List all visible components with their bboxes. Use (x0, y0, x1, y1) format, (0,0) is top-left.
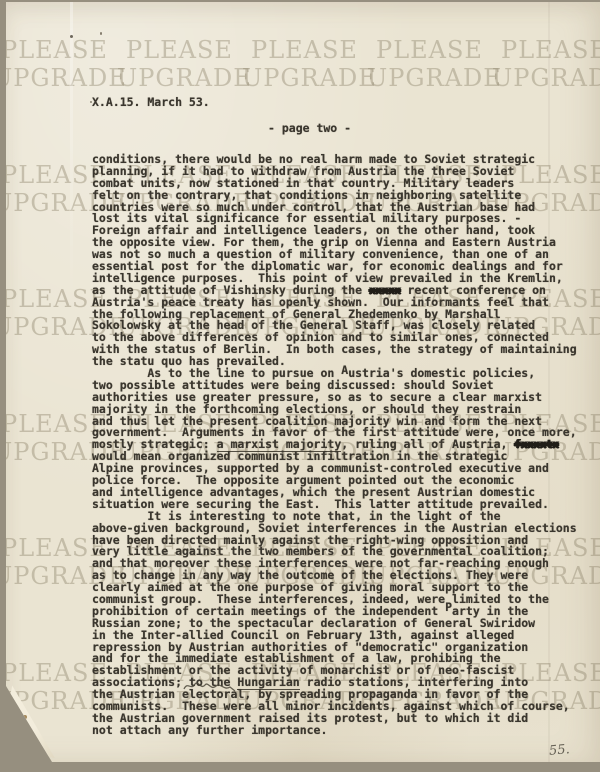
scan-background: PLEASEUPGRADEPLEASEUPGRADEPLEASEUPGRADEP… (0, 0, 600, 772)
paper-speck (23, 715, 27, 719)
handwritten-scribble (182, 678, 238, 694)
body-line: not attach any further importance. (92, 725, 577, 737)
body-text: conditions, there would be no real harm … (92, 154, 577, 737)
page-heading: - page two - (268, 121, 351, 135)
raised-letter: A (341, 363, 348, 377)
watermark-text: PLEASEUPGRADE (492, 36, 600, 92)
watermark-text: PLEASEUPGRADE (367, 36, 492, 92)
raised-letter: P (445, 600, 452, 614)
watermark-text: PLEASEUPGRADE (242, 36, 367, 92)
watermark-text: PLEASEUPGRADE (0, 36, 117, 92)
paper-speck (30, 739, 33, 742)
folded-corner (7, 684, 59, 762)
redacted-word: fxxxxtx (514, 437, 558, 451)
page-number-pencil: 55. (548, 742, 570, 759)
document-page: PLEASEUPGRADEPLEASEUPGRADEPLEASEUPGRADEP… (6, 2, 600, 762)
paper-speck (100, 32, 102, 35)
watermark-text: PLEASEUPGRADE (117, 36, 242, 92)
watermark-row: PLEASEUPGRADEPLEASEUPGRADEPLEASEUPGRADEP… (0, 36, 600, 92)
paper-speck (70, 35, 73, 38)
annotated-word: electoral, (182, 687, 251, 701)
paper-speck (90, 101, 92, 103)
paper-crease (70, 2, 73, 302)
document-reference: X.A.15. March 53. (92, 95, 210, 109)
